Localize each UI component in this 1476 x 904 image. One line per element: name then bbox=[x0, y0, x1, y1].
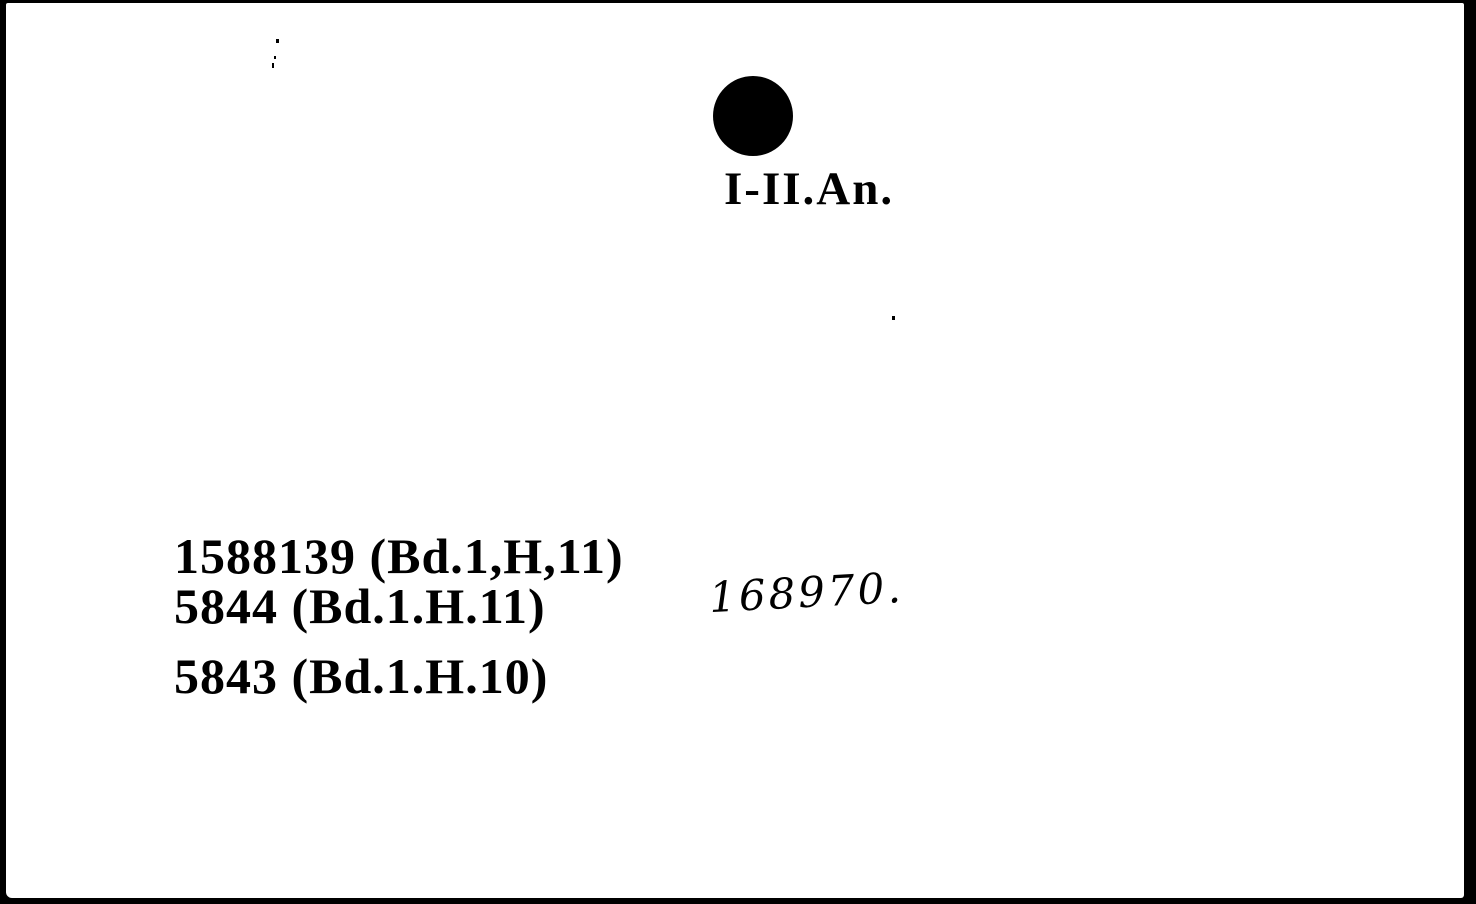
scan-speck bbox=[274, 56, 276, 59]
call-number: I-II.An. bbox=[724, 166, 894, 213]
holding-entry: 5843 (Bd.1.H.10) bbox=[174, 651, 624, 701]
holding-entry: 1588139 (Bd.1,H,11) bbox=[174, 531, 624, 581]
scan-speck bbox=[276, 39, 279, 43]
holding-entry: 5844 (Bd.1.H.11) bbox=[174, 581, 624, 631]
holdings-list: 1588139 (Bd.1,H,11) 5844 (Bd.1.H.11) 584… bbox=[174, 531, 624, 701]
scan-speck bbox=[272, 63, 274, 68]
catalog-card: I-II.An. 1588139 (Bd.1,H,11) 5844 (Bd.1.… bbox=[6, 3, 1464, 898]
scan-border bbox=[0, 899, 1476, 904]
handwritten-annotation: 168970. bbox=[708, 563, 905, 622]
punch-hole-icon bbox=[713, 76, 793, 156]
scan-speck bbox=[892, 316, 895, 320]
